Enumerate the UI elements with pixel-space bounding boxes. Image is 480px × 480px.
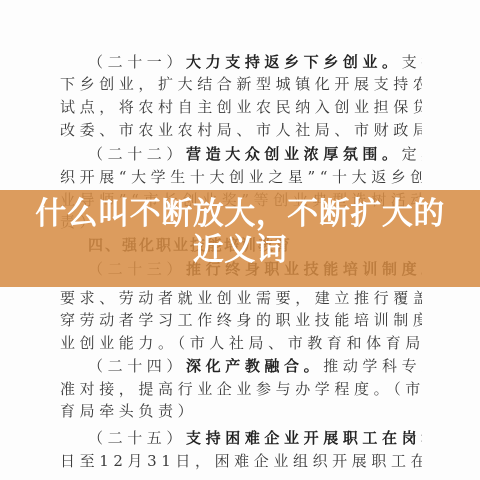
doc-text: 定期举办创业大赛，组 — [402, 145, 422, 163]
doc-line: 业创业能力。（市人社局、市教育和体育局牵头负责） — [60, 334, 422, 352]
doc-text: 支持农民工等人员返乡 — [402, 53, 422, 71]
section-heading: 深化产教融合。 — [186, 357, 323, 375]
doc-line: 育局牵头负责） — [60, 402, 422, 420]
doc-line: （二十五）支持困难企业开展职工在岗培训。2019年1月1 — [88, 429, 422, 447]
section-number: （二十五） — [88, 429, 186, 447]
doc-line: 改委、市农业农村局、市人社局、市财政局牵头负责） — [60, 121, 422, 139]
section-number: （二十二） — [88, 145, 186, 163]
doc-line: （二十二）营造大众创业浓厚氛围。定期举办创业大赛，组 — [88, 145, 422, 163]
doc-line: 织开展“大学生十大创业之星”“十大返乡创业农民工”“十大创 — [60, 168, 422, 186]
section-number: （二十四） — [88, 357, 186, 375]
overlay-title: 什么叫不断放大，不断扩大的 近义词 — [0, 196, 480, 268]
doc-line: （二十四）深化产教融合。推动学科专业与我市主导产业精 — [88, 357, 422, 375]
doc-text: 推动学科专业与我市主导产业精 — [323, 357, 422, 375]
doc-line: 穿劳动者学习工作终身的职业技能培训制度，全面提升劳动者就 — [60, 311, 422, 329]
doc-line: 下乡创业，扩大结合新型城镇化开展支持农民工等人员返乡创业 — [60, 75, 422, 93]
doc-line: 准对接，提高行业企业参与办学程度。（市发改委、市教育和体 — [60, 380, 422, 398]
section-heading: 营造大众创业浓厚氛围。 — [186, 145, 402, 163]
section-number: （二十一） — [88, 53, 186, 71]
doc-line: （二十一）大力支持返乡下乡创业。支持农民工等人员返乡 — [88, 53, 422, 71]
title-line-2: 近义词 — [0, 232, 480, 268]
section-heading: 支持困难企业开展职工在岗培训。 — [186, 429, 422, 447]
doc-line: 试点，将农村自主创业农民纳入创业担保贷款支持范围。（市发 — [60, 98, 422, 116]
title-line-1: 什么叫不断放大，不断扩大的 — [0, 196, 480, 232]
doc-line: 要求、劳动者就业创业需要，建立推行覆盖城乡全体劳动者、贯 — [60, 289, 422, 307]
doc-line: 日至12月31日，困难企业组织开展职工在岗培训，所需经费按 — [60, 452, 422, 470]
section-heading: 大力支持返乡下乡创业。 — [186, 53, 402, 71]
